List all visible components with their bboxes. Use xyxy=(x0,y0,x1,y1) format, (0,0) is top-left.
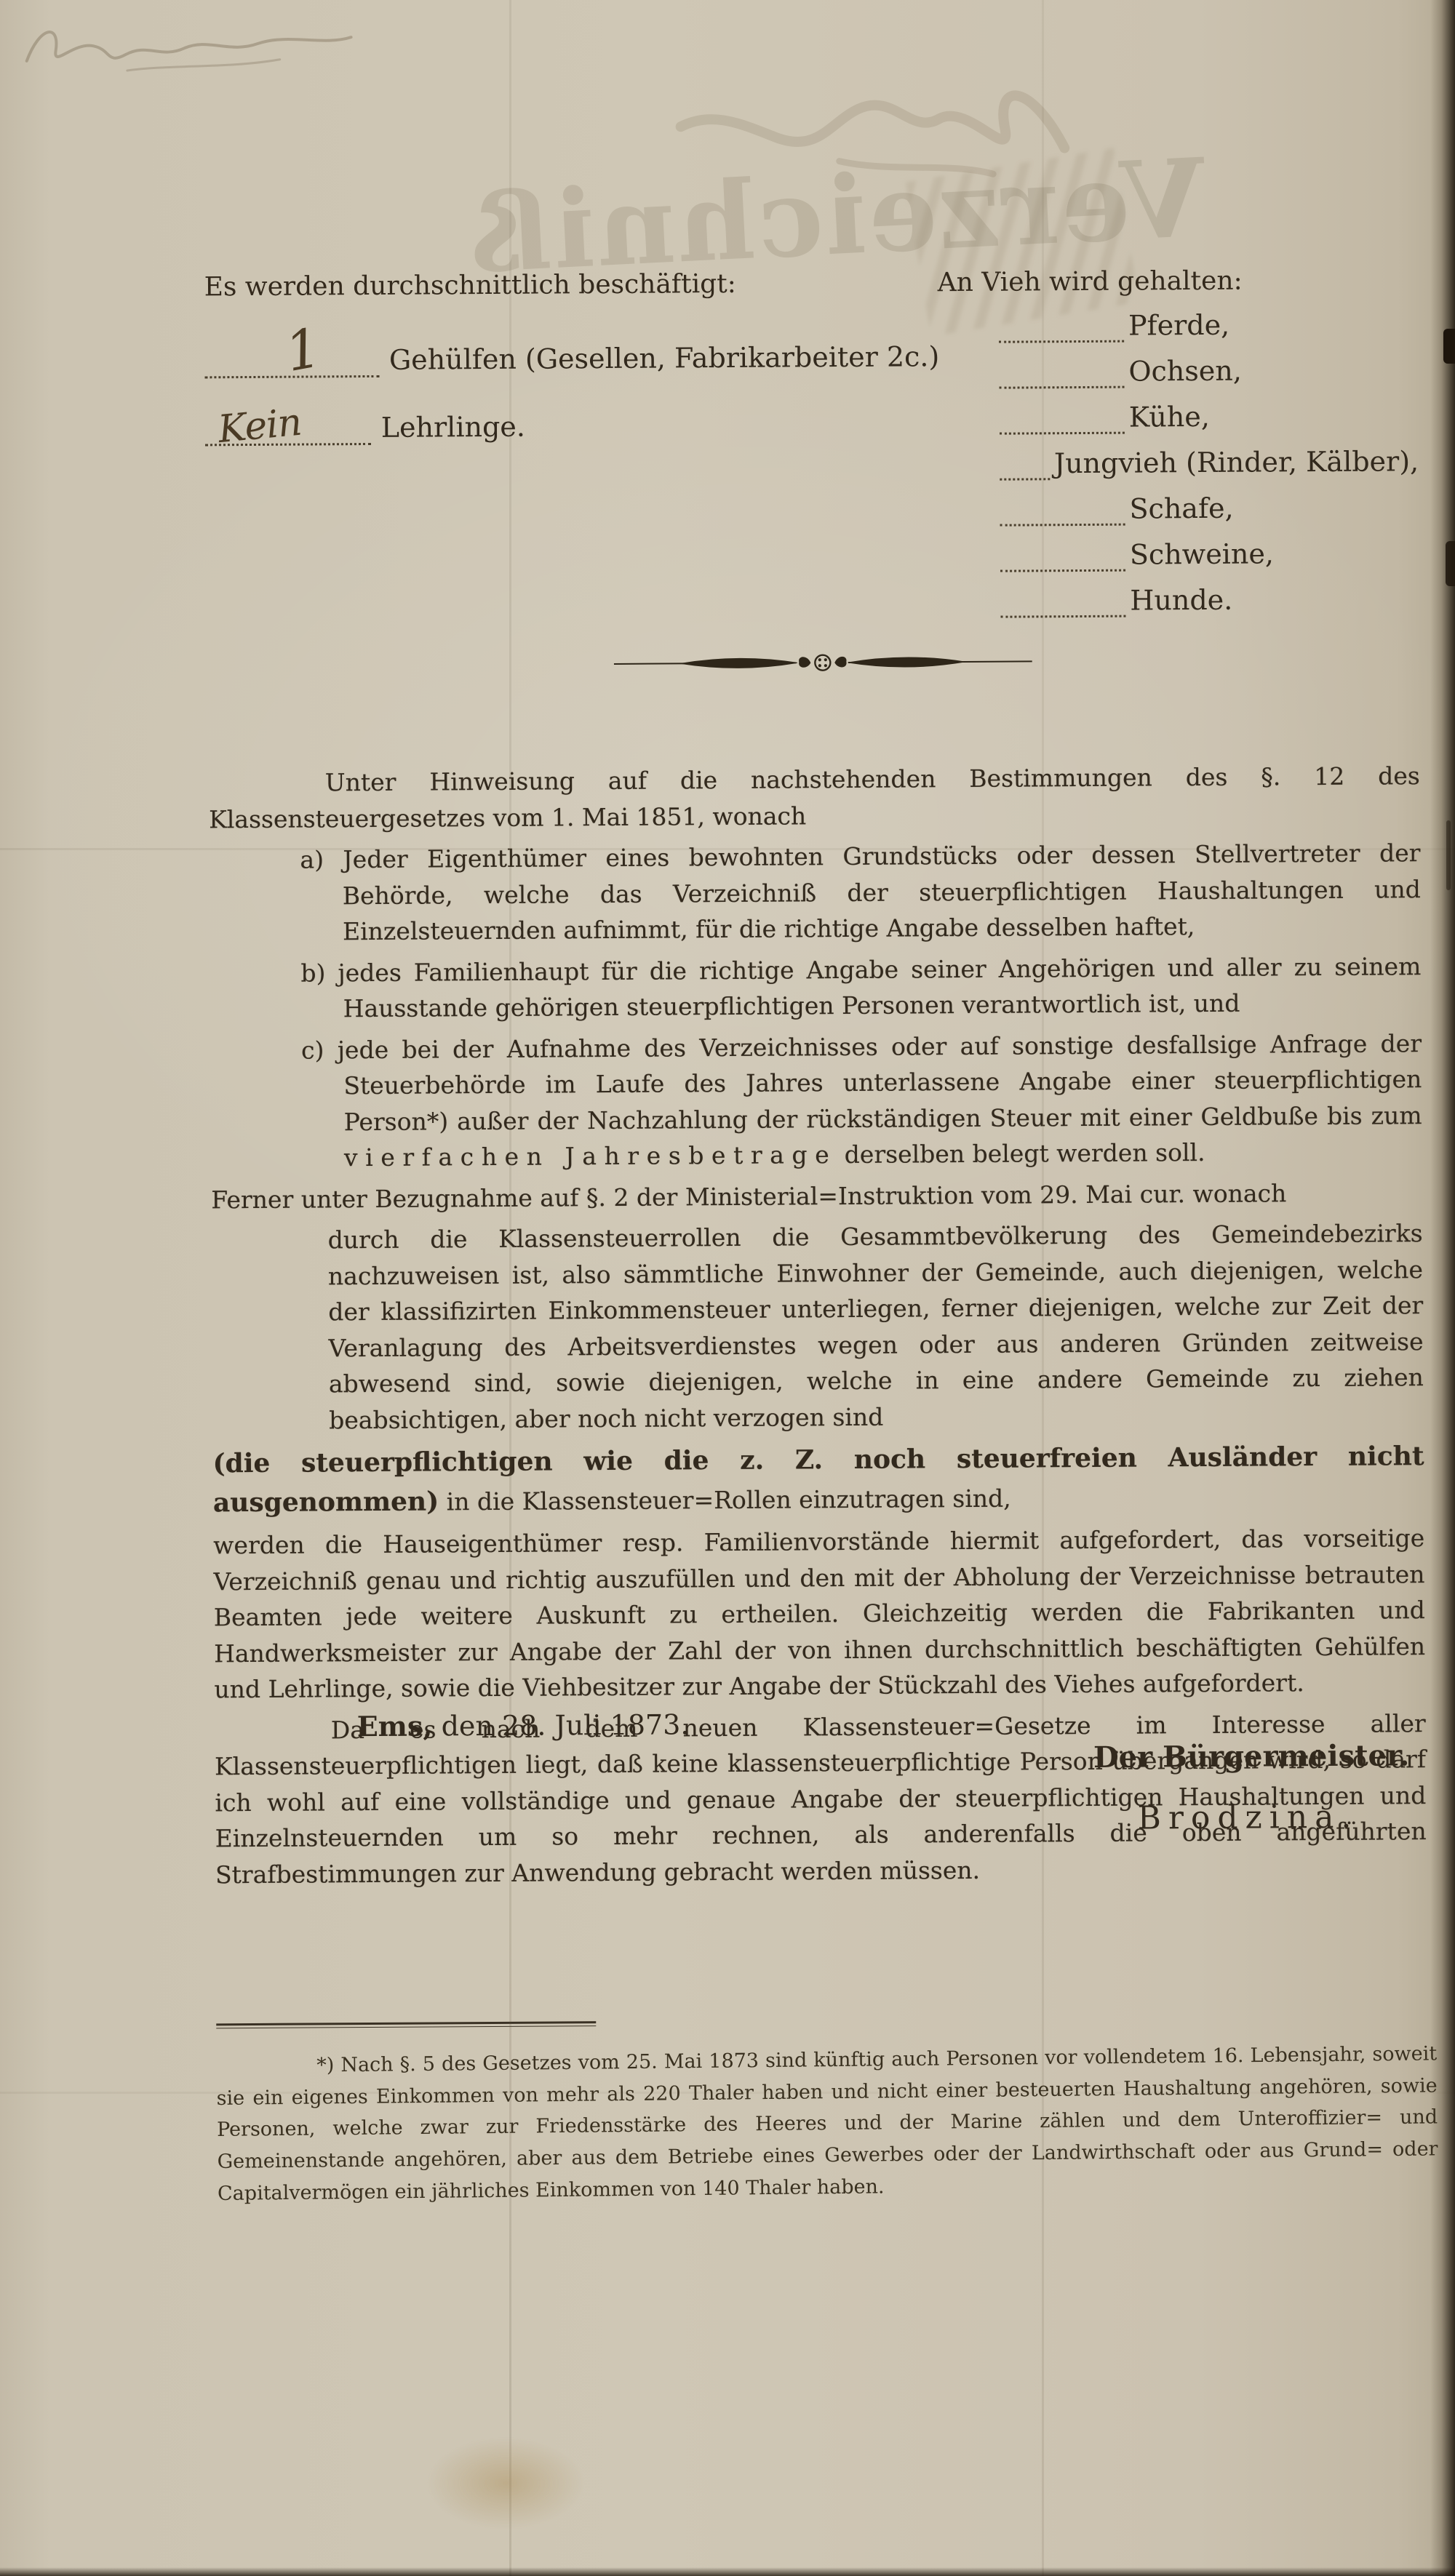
edge-ink-mark xyxy=(1446,541,1455,586)
footnote-text: *) Nach §. 5 des Gesetzes vom 25. Mai 18… xyxy=(216,2038,1438,2209)
employment-row-lehrlinge: Kein Lehrlinge. xyxy=(205,406,940,446)
dotted-blank-line xyxy=(999,311,1124,343)
dotted-blank-line xyxy=(1000,586,1125,618)
livestock-row: Ochsen, xyxy=(999,354,1418,389)
scanned-document-page: Verzeichniß Es werden durchschnittlich b… xyxy=(0,0,1455,2576)
roll-block-bold-line: (die steuerpflichtigen wie die z. Z. noc… xyxy=(212,1436,1424,1522)
livestock-item-label: Schweine, xyxy=(1130,537,1274,571)
footnote-rule xyxy=(216,2021,596,2028)
employment-section: Es werden durchschnittlich beschäftigt: … xyxy=(204,268,940,446)
dateline-place: Ems, xyxy=(357,1709,433,1743)
horizontal-fold-crease xyxy=(0,848,1455,850)
dotted-blank-line: 1 xyxy=(204,342,379,378)
clause-a-text: Jeder Eigenthümer eines bewohnten Grunds… xyxy=(343,839,1421,945)
livestock-row: Pferde, xyxy=(999,308,1418,343)
gehuelfen-label: Gehülfen (Gesellen, Fabrikarbeiter 2c.) xyxy=(389,340,940,377)
clause-c: c) jede bei der Aufnahme des Verzeichnis… xyxy=(301,1025,1422,1176)
ornament-divider xyxy=(614,644,1032,681)
dotted-blank-line xyxy=(1000,403,1125,435)
ferner-paragraph: Ferner unter Bezugnahme auf §. 2 der Min… xyxy=(211,1175,1422,1218)
edge-ink-mark xyxy=(1443,329,1455,364)
dateline-date: den 28. Juli 1873. xyxy=(432,1708,689,1742)
footnote-body-text: Nach §. 5 des Gesetzes vom 25. Mai 1873 … xyxy=(217,2042,1438,2204)
intro-paragraph: Unter Hinweisung auf die nachstehenden B… xyxy=(209,758,1421,837)
dotted-blank-line xyxy=(1000,540,1125,572)
livestock-item-label: Hunde. xyxy=(1130,584,1232,617)
clause-a: a) Jeder Eigenthümer eines bewohnten Gru… xyxy=(300,835,1421,950)
footnote: *) Nach §. 5 des Gesetzes vom 25. Mai 18… xyxy=(216,2038,1438,2209)
handwritten-count-gehuelfen: 1 xyxy=(281,316,326,384)
page-bottom-edge-shadow xyxy=(0,2567,1455,2576)
request-paragraph: werden die Hauseigenthümer resp. Familie… xyxy=(213,1520,1425,1708)
livestock-row: Kühe, xyxy=(1000,400,1419,435)
dotted-blank-line xyxy=(999,357,1124,389)
handwritten-note-bleed xyxy=(17,11,360,86)
livestock-item-label: Ochsen, xyxy=(1128,355,1242,388)
livestock-item-label: Pferde, xyxy=(1128,309,1229,343)
horizontal-fold-crease xyxy=(0,2092,1455,2094)
vertical-fold-crease xyxy=(1042,0,1044,2576)
livestock-row: Schweine, xyxy=(1000,537,1419,572)
signature-name: Brodzina. xyxy=(1137,1799,1358,1837)
roll-block-end: in die Klassensteuer=Rollen einzutragen … xyxy=(439,1484,1011,1516)
footnote-marker: *) xyxy=(316,2054,334,2076)
dotted-blank-line xyxy=(1000,495,1125,527)
clause-c-emphasized: vierfachen Jahresbetrage xyxy=(344,1140,837,1172)
page-right-edge-shadow xyxy=(1430,0,1455,2576)
edge-ink-mark xyxy=(1446,820,1451,890)
clause-b-text: jedes Familienhaupt für die richtige Ang… xyxy=(338,952,1421,1023)
employment-row-gehuelfen: 1 Gehülfen (Gesellen, Fabrikarbeiter 2c.… xyxy=(204,338,939,378)
livestock-item-label: Kühe, xyxy=(1129,401,1210,434)
livestock-item-label: Jungvieh (Rinder, Kälber), xyxy=(1054,445,1419,480)
clause-b-marker: b) xyxy=(300,959,325,987)
vertical-fold-crease xyxy=(509,0,511,2576)
dotted-blank-line: Kein xyxy=(205,409,371,446)
employment-heading: Es werden durchschnittlich beschäftigt: xyxy=(204,268,939,302)
livestock-row: Hunde. xyxy=(1000,583,1419,618)
clause-b: b) jedes Familienhaupt für die richtige … xyxy=(300,948,1422,1027)
livestock-row: Schafe, xyxy=(1000,492,1419,527)
signature-title: Der Bürgermeister. xyxy=(1093,1738,1410,1775)
clause-c-marker: c) xyxy=(301,1036,324,1064)
livestock-item-label: Schafe, xyxy=(1129,492,1233,526)
roll-block-paragraph: durch die Klassensteuerrollen die Gesamm… xyxy=(328,1215,1424,1438)
clause-c-text-end: derselben belegt werden soll. xyxy=(837,1138,1205,1169)
clause-c-text: jede bei der Aufnahme des Verzeichnisses… xyxy=(338,1029,1422,1136)
livestock-row: Jungvieh (Rinder, Kälber), xyxy=(1000,446,1419,481)
livestock-section: An Vieh wird gehalten: Pferde, Ochsen, K… xyxy=(938,265,1420,618)
handwritten-count-lehrlinge: Kein xyxy=(216,401,303,452)
livestock-heading: An Vieh wird gehalten: xyxy=(938,265,1418,297)
dateline: Ems, den 28. Juli 1873. xyxy=(357,1708,690,1743)
document-sheet: Verzeichniß Es werden durchschnittlich b… xyxy=(0,0,1455,2576)
lehrlinge-label: Lehrlinge. xyxy=(381,411,525,445)
paper-stain xyxy=(428,2438,584,2529)
